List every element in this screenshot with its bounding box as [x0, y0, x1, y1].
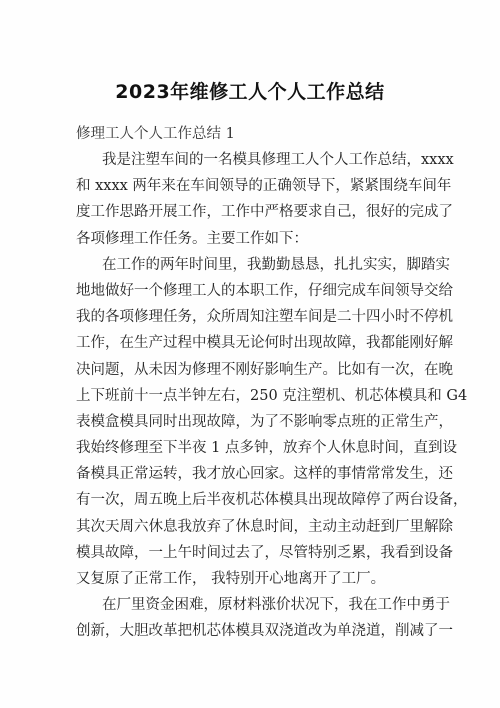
- text-line: 各项修理工作任务。主要工作如下：: [76, 226, 430, 252]
- document-title: 2023年维修工人个人工作总结: [0, 78, 500, 106]
- text-line: 在工作的两年时间里，我勤勤恳恳，扎扎实实，脚踏实: [76, 252, 430, 278]
- text-line: 有一次，周五晚上后半夜机芯体模具出现故障停了两台设备，: [76, 487, 430, 513]
- section-heading: 修理工人个人工作总结 1: [76, 122, 235, 146]
- text-line: 决问题，从未因为修理不刚好影响生产。比如有一次，在晚: [76, 357, 430, 383]
- text-line: 我始终修理至下半夜 1 点多钟，放弃个人休息时间，直到设: [76, 435, 430, 461]
- text-line: 我的各项修理任务，众所周知注塑车间是二十四小时不停机: [76, 304, 430, 330]
- text-line: 在厂里资金困难，原材料涨价状况下，我在工作中勇于: [76, 592, 430, 618]
- text-line: 我是注塑车间的一名模具修理工人个人工作总结，xxxx: [76, 147, 430, 173]
- document-page: 2023年维修工人个人工作总结 修理工人个人工作总结 1 我是注塑车间的一名模具…: [0, 0, 500, 708]
- text-line: 备模具正常运转，我才放心回家。这样的事情常常发生，还: [76, 461, 430, 487]
- text-line: 上下班前十一点半钟左右，250 克注塑机、机芯体模具和 G4: [76, 383, 430, 409]
- text-line: 创新，大胆改革把机芯体模具双浇道改为单浇道，削减了一: [76, 618, 430, 644]
- text-line: 地地做好一个修理工人的本职工作，仔细完成车间领导交给: [76, 278, 430, 304]
- text-line: 工作，在生产过程中模具无论何时出现故障，我都能刚好解: [76, 330, 430, 356]
- text-line: 和 xxxx 两年来在车间领导的正确领导下，紧紧围绕车间年: [76, 173, 430, 199]
- text-line: 其次天周六休息我放弃了休息时间，主动主动赶到厂里解除: [76, 514, 430, 540]
- document-body: 我是注塑车间的一名模具修理工人个人工作总结，xxxx 和 xxxx 两年来在车间…: [76, 147, 430, 645]
- text-line: 度工作思路开展工作，工作中严格要求自己，很好的完成了: [76, 199, 430, 225]
- text-line: 表模盒模具同时出现故障，为了不影响零点班的正常生产，: [76, 409, 430, 435]
- text-line: 模具故障，一上午时间过去了，尽管特别乏累，我看到设备: [76, 540, 430, 566]
- text-line: 又复原了正常工作， 我特别开心地离开了工厂。: [76, 566, 430, 592]
